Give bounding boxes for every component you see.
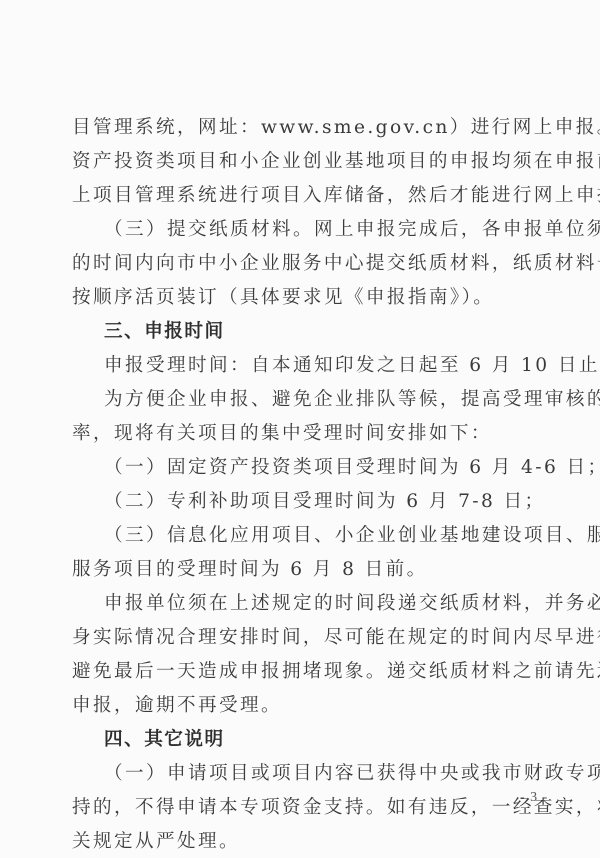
paragraph-line: 避免最后一天造成申报拥堵现象。递交纸质材料之前请先进行网上: [72, 661, 600, 683]
document-page: 目管理系统，网址：www.sme.gov.cn）进行网上申报。其中，固定 资产投…: [0, 0, 600, 858]
paragraph-line: （三）提交纸质材料。网上申报完成后，各申报单位须在规定: [104, 219, 600, 241]
paragraph-line: 申报单位须在上述规定的时间段递交纸质材料，并务必根据自: [104, 593, 600, 615]
paragraph-line: 服务项目的受理时间为 6 月 8 日前。: [72, 559, 428, 581]
paragraph-line: 申报受理时间：自本通知印发之日起至 6 月 10 日止。: [104, 355, 600, 377]
paragraph-line: 按顺序活页装订（具体要求见《申报指南》）。: [72, 287, 494, 309]
paragraph-line: （三）信息化应用项目、小企业创业基地建设项目、服务机构: [104, 525, 600, 547]
paragraph-line: （一）固定资产投资类项目受理时间为 6 月 4-6 日；: [104, 457, 600, 479]
paragraph-line: 资产投资类项目和小企业创业基地项目的申报均须在申报前登陆网: [72, 151, 600, 173]
paragraph-line: 申报，逾期不再受理。: [72, 695, 282, 717]
section-heading-application-time: 三、申报时间: [104, 321, 225, 343]
page-number: - 3 -: [520, 790, 548, 806]
paragraph-line: 关规定从严处理。: [72, 831, 240, 853]
paragraph-line: （一）申请项目或项目内容已获得中央或我市财政专项资金支: [104, 763, 600, 785]
paragraph-line: 目管理系统，网址：www.sme.gov.cn）进行网上申报。其中，固定: [72, 117, 600, 139]
section-heading-other-notes: 四、其它说明: [104, 729, 225, 751]
paragraph-line: 上项目管理系统进行项目入库储备，然后才能进行网上申报。: [72, 185, 600, 207]
paragraph-line: （二）专利补助项目受理时间为 6 月 7-8 日；: [104, 491, 546, 513]
paragraph-line: 的时间内向市中小企业服务中心提交纸质材料，纸质材料一式两份: [72, 253, 600, 275]
paragraph-line: 身实际情况合理安排时间，尽可能在规定的时间内尽早进行申报，: [72, 627, 600, 649]
paragraph-line: 为方便企业申报、避免企业排队等候，提高受理审核的工作效: [104, 389, 600, 411]
paragraph-line: 率，现将有关项目的集中受理时间安排如下：: [72, 423, 492, 445]
